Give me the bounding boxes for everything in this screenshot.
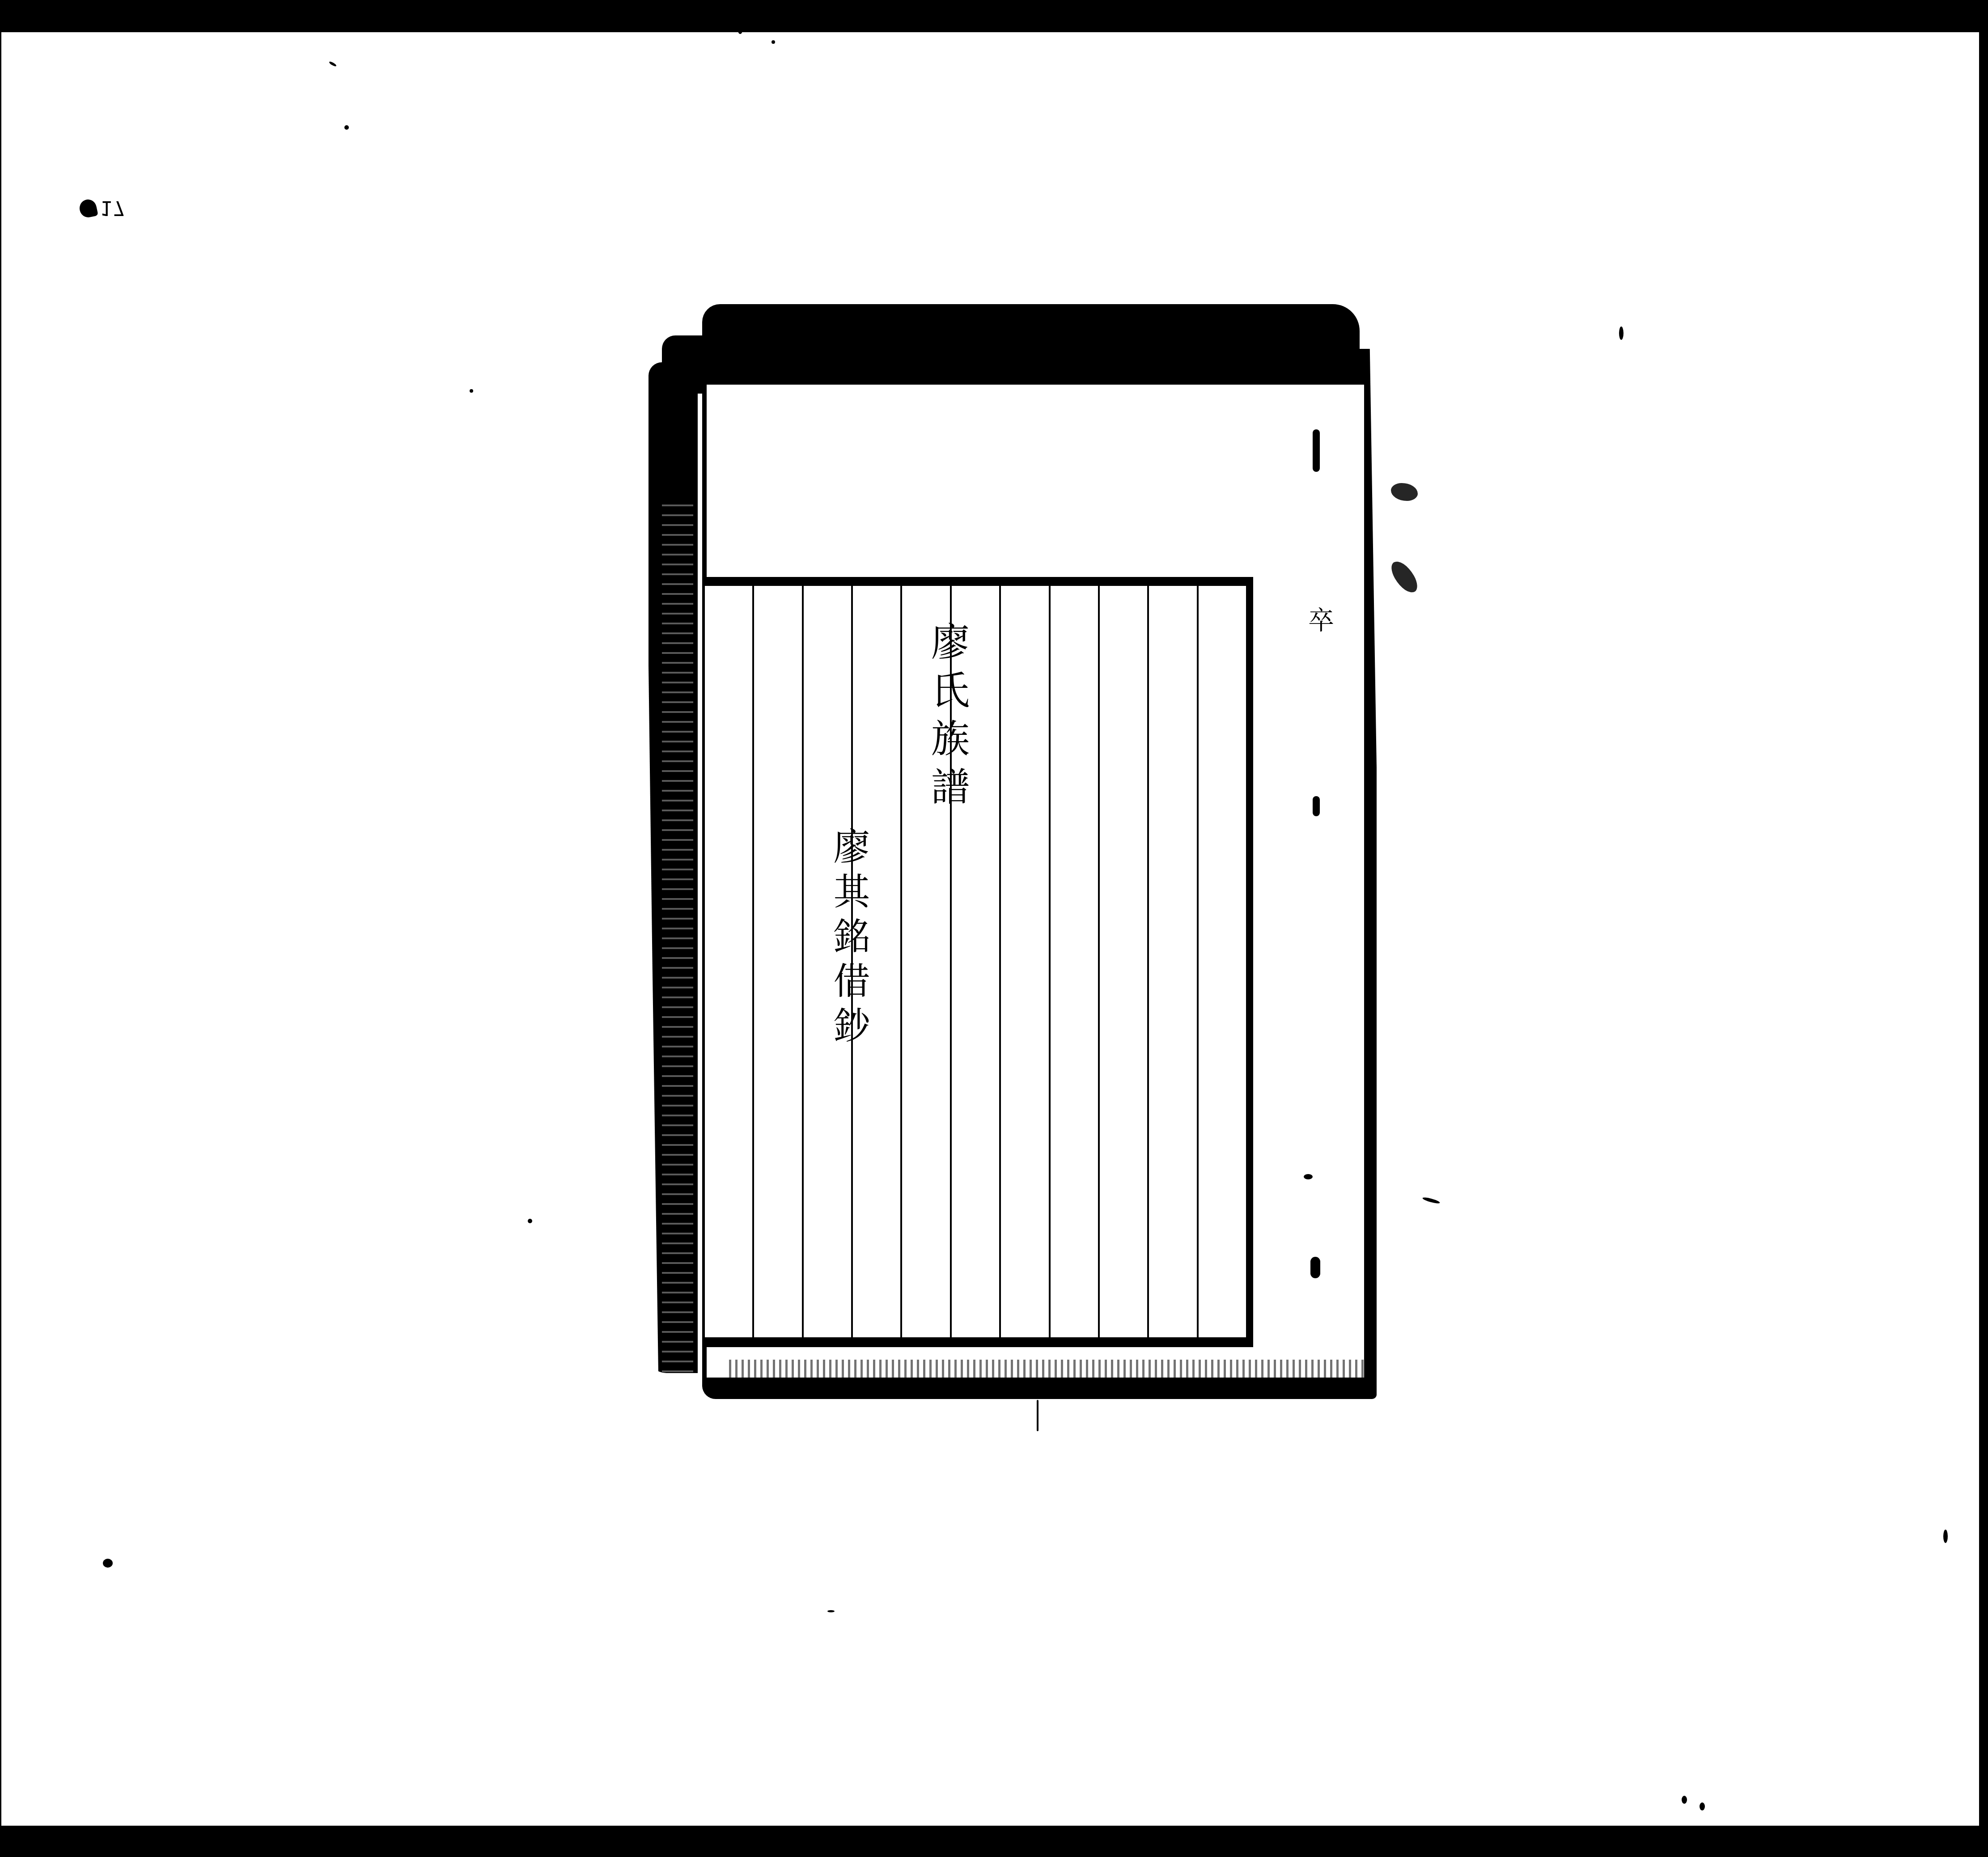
margin-stroke — [1313, 429, 1320, 472]
corner-page-mark: 17 — [79, 197, 128, 224]
speck — [329, 61, 337, 67]
speck — [1422, 1196, 1441, 1204]
label-column — [1149, 586, 1198, 1337]
label-ruled-columns — [705, 586, 1246, 1337]
label-column — [1001, 586, 1050, 1337]
book-spine — [649, 362, 698, 1373]
label-column — [1100, 586, 1149, 1337]
speck — [827, 1610, 835, 1612]
speck — [1943, 1530, 1948, 1543]
speck — [528, 1219, 532, 1223]
speck — [1619, 326, 1623, 340]
scan-border-right — [1979, 0, 1988, 1857]
spine-texture — [662, 496, 693, 1391]
margin-stroke — [1313, 796, 1320, 816]
book-title: 廖氏族譜 — [928, 622, 966, 815]
book-top-edge — [702, 304, 1360, 394]
label-column — [1199, 586, 1246, 1337]
speck — [1700, 1802, 1705, 1810]
title-label — [702, 577, 1253, 1347]
ink-blot — [1388, 557, 1421, 597]
copyist-note: 廖其銘借鈔 — [830, 827, 867, 1051]
label-column — [1051, 586, 1100, 1337]
speck — [103, 1559, 113, 1568]
speck — [1037, 1400, 1039, 1431]
book-bottom-edge — [702, 1378, 1377, 1399]
speck — [771, 40, 775, 44]
ink-blot — [78, 198, 98, 219]
scan-border-left — [0, 0, 1, 1857]
label-column — [705, 586, 754, 1337]
corner-mark-text: 17 — [100, 198, 125, 217]
ink-blot — [1391, 483, 1418, 501]
margin-dot — [1304, 1174, 1313, 1179]
speck — [470, 389, 473, 393]
scan-border-top — [0, 0, 1988, 32]
scan-border-bottom — [0, 1826, 1988, 1857]
label-column — [754, 586, 803, 1337]
margin-stroke — [1310, 1257, 1320, 1278]
speck — [1682, 1796, 1687, 1804]
speck — [738, 27, 742, 34]
margin-glyph: 卒 — [1308, 599, 1334, 637]
speck — [344, 125, 349, 130]
